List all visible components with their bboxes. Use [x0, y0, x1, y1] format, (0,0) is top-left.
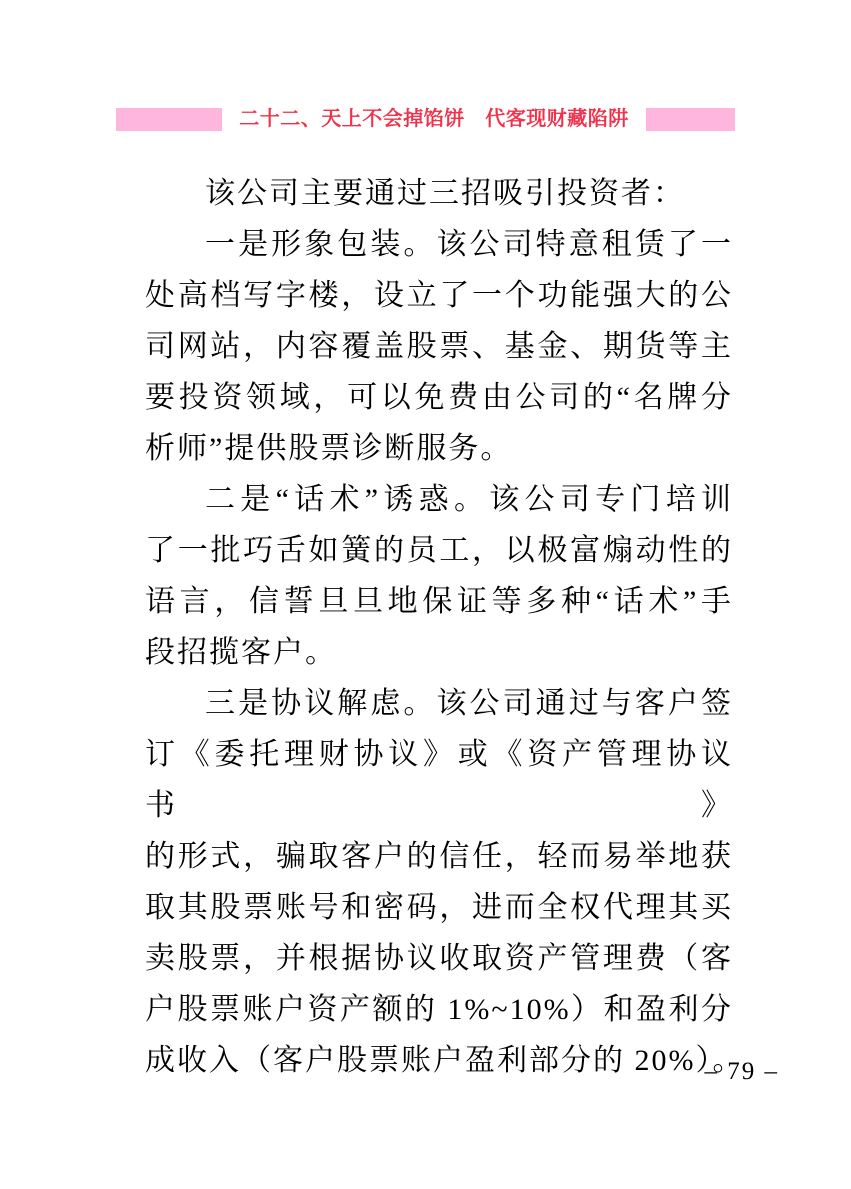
text-line: 司网站，内容覆盖股票、基金、期货等主	[145, 321, 733, 372]
text-line: 段招揽客户。	[145, 627, 733, 678]
text-line: 该公司主要通过三招吸引投资者：	[145, 168, 733, 219]
text-line: 一是形象包装。该公司特意租赁了一	[145, 219, 733, 270]
text-line: 取其股票账号和密码，进而全权代理其买	[145, 882, 733, 933]
book-page: 二十二、天上不会掉馅饼 代客现财藏陷阱 该公司主要通过三招吸引投资者：一是形象包…	[0, 0, 851, 1189]
text-line: 订《委托理财协议》或《资产管理协议书》	[145, 729, 733, 831]
text-line: 了一批巧舌如簧的员工，以极富煽动性的	[145, 525, 733, 576]
text-line: 三是协议解虑。该公司通过与客户签	[145, 678, 733, 729]
text-line: 要投资领域，可以免费由公司的“名牌分	[145, 372, 733, 423]
body-text: 该公司主要通过三招吸引投资者：一是形象包装。该公司特意租赁了一处高档写字楼，设立…	[145, 168, 733, 1086]
header-bar-right	[646, 108, 735, 131]
text-line: 卖股票，并根据协议收取资产管理费（客	[145, 933, 733, 984]
text-line: 二是“话术”诱惑。该公司专门培训	[145, 474, 733, 525]
text-line: 析师”提供股票诊断服务。	[145, 423, 733, 474]
text-line: 语言，信誓旦旦地保证等多种“话术”手	[145, 576, 733, 627]
text-line: 户股票账户资产额的 1%~10%）和盈利分	[145, 984, 733, 1035]
page-number: – 79 –	[705, 1058, 780, 1086]
chapter-header: 二十二、天上不会掉馅饼 代客现财藏陷阱	[0, 108, 851, 131]
chapter-title: 二十二、天上不会掉馅饼 代客现财藏陷阱	[239, 108, 629, 131]
text-line: 处高档写字楼，设立了一个功能强大的公	[145, 270, 733, 321]
header-bar-left	[116, 108, 222, 131]
text-line: 的形式，骗取客户的信任，轻而易举地获	[145, 831, 733, 882]
text-line: 成收入（客户股票账户盈利部分的 20%）。	[145, 1035, 733, 1086]
